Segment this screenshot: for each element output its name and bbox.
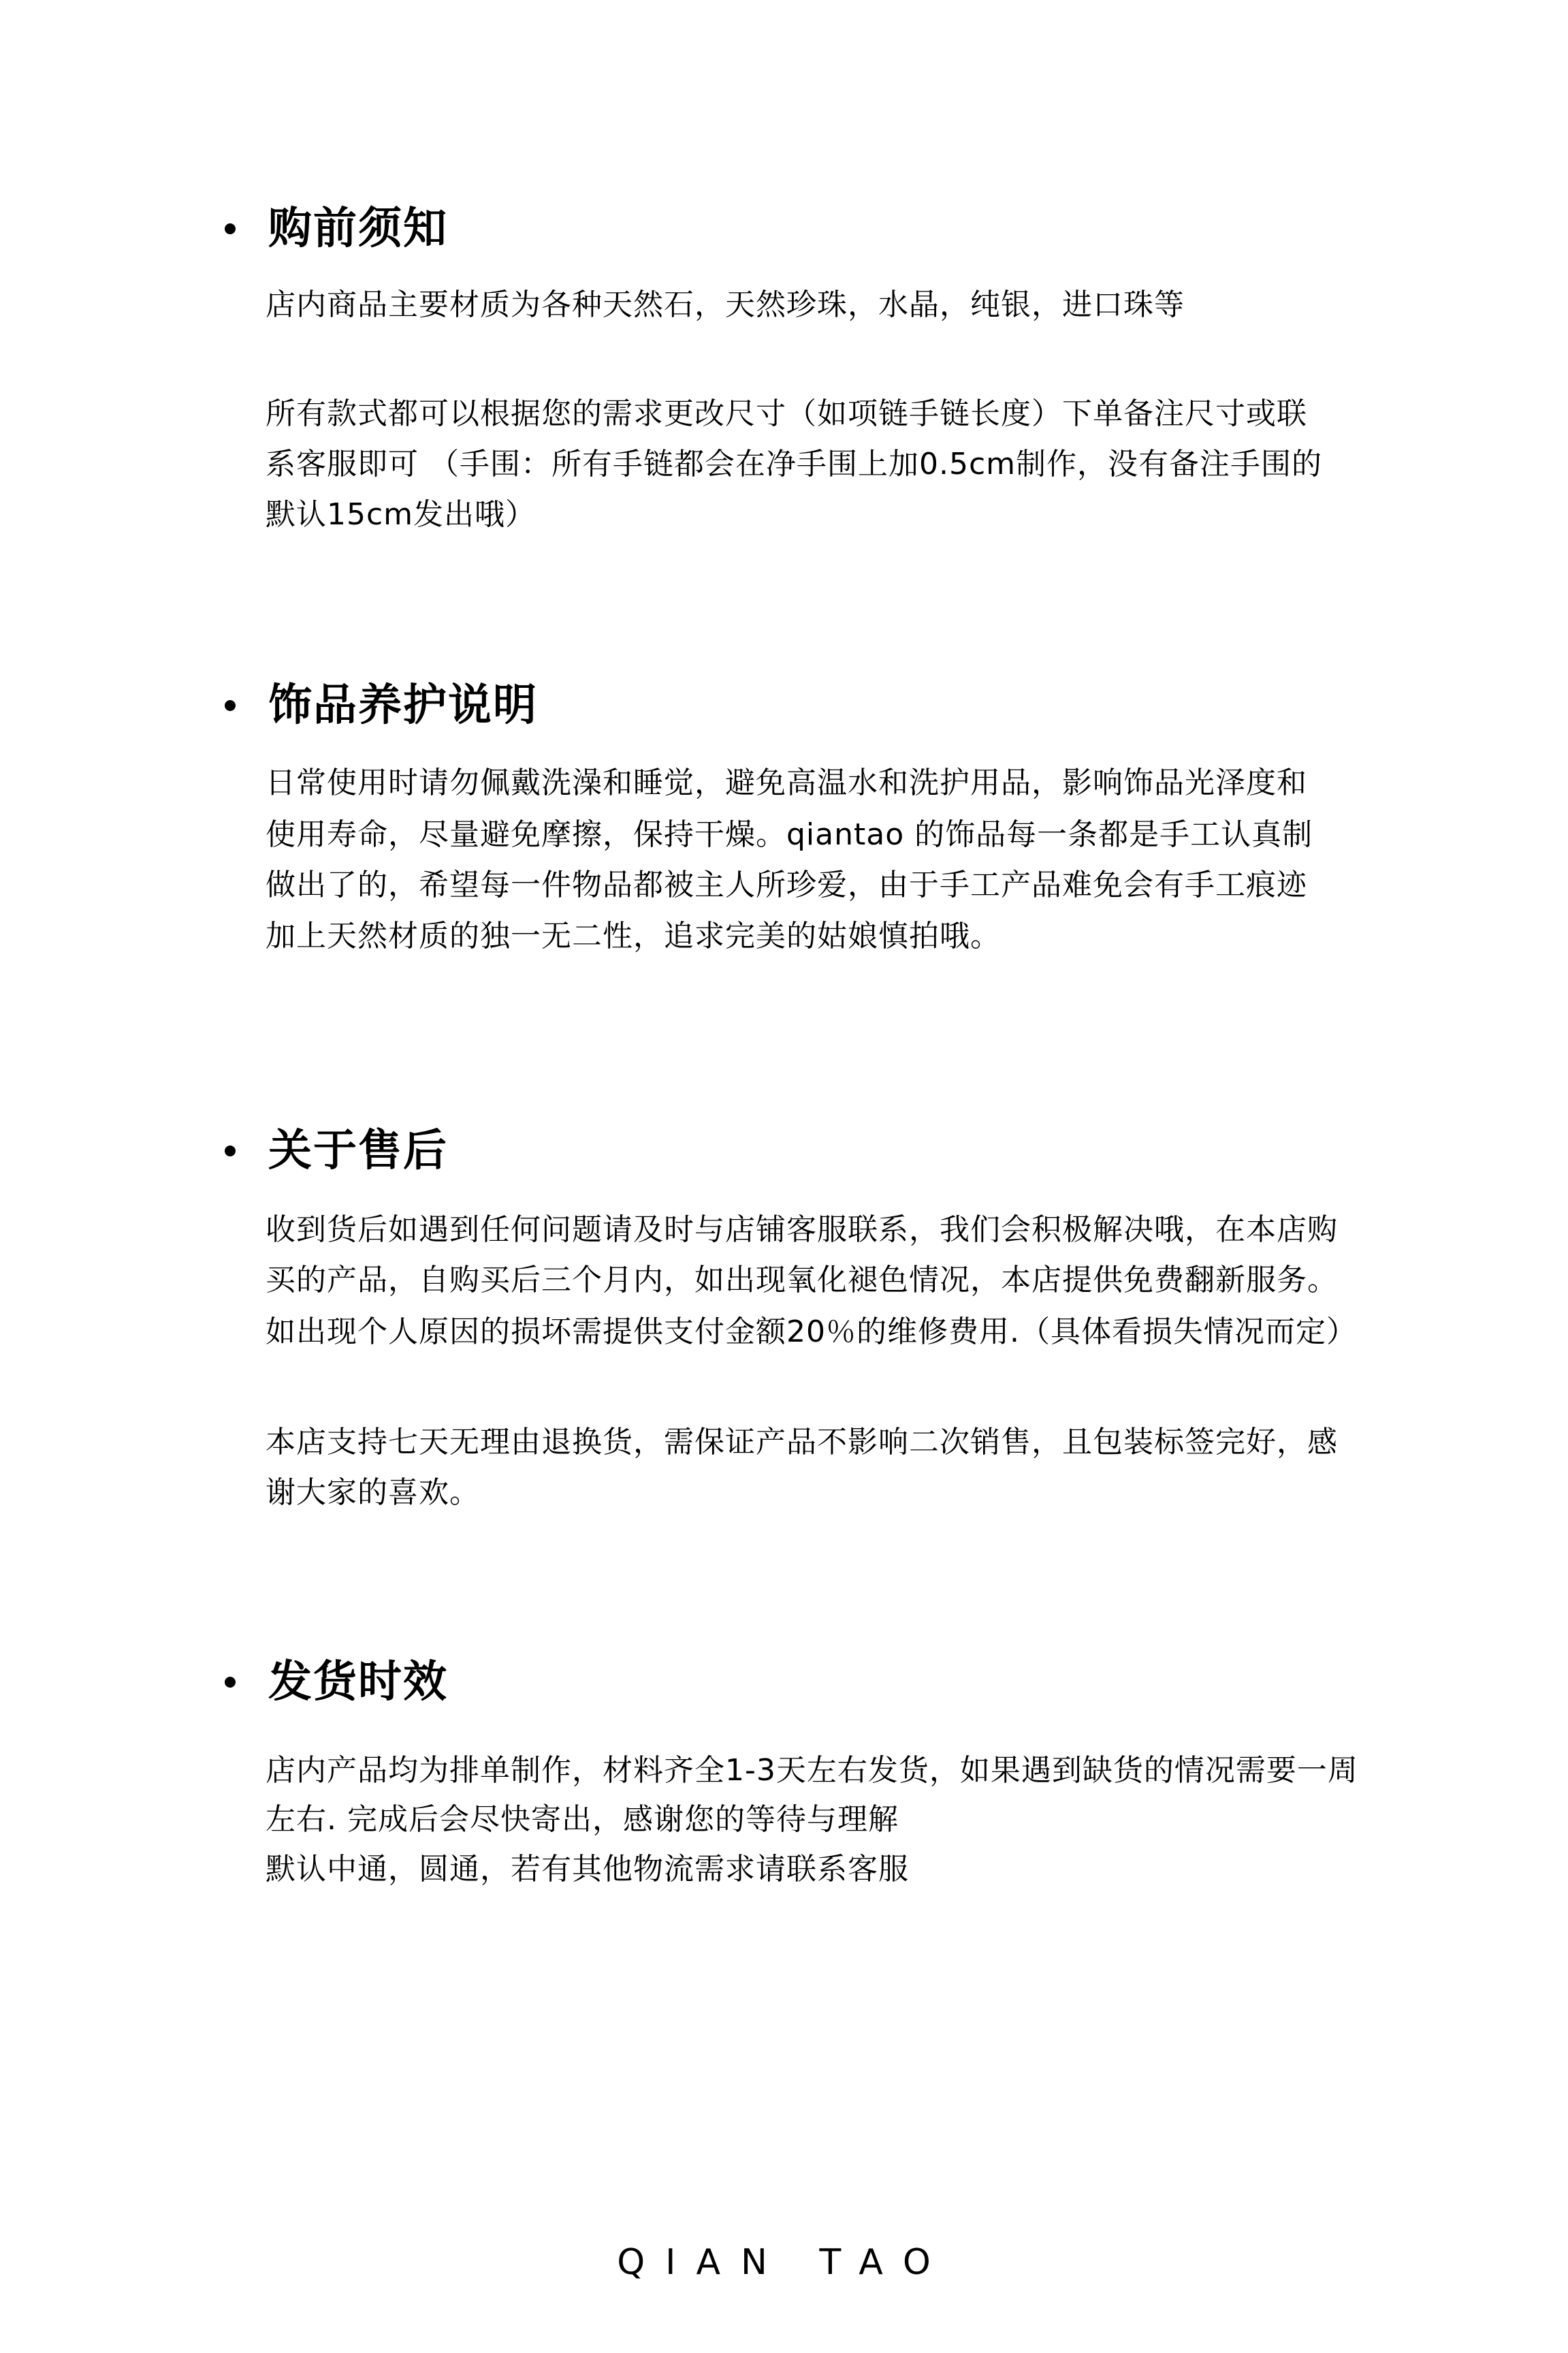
section-title: 发货时效 bbox=[268, 1655, 448, 1709]
section-title: 购前须知 bbox=[268, 202, 448, 256]
brand-wordmark: QIAN TAO bbox=[0, 2241, 1568, 2284]
body-line: 如出现个人原因的损坏需提供支付金额20％的维修费用.（具体看损失情况而定） bbox=[266, 1312, 1357, 1353]
section-title: 饰品养护说明 bbox=[268, 678, 538, 733]
body-line: 做出了的，希望每一件物品都被主人所珍爱，由于手工产品难免会有手工痕迹 bbox=[266, 865, 1307, 906]
body-line: 系客服即可 （手围：所有手链都会在净手围上加0.5cm制作，没有备注手围的 bbox=[266, 444, 1322, 485]
body-line: 店内产品均为排单制作，材料齐全1-3天左右发货，如果遇到缺货的情况需要一周 bbox=[266, 1750, 1358, 1791]
body-line: 默认中通，圆通，若有其他物流需求请联系客服 bbox=[266, 1849, 909, 1890]
body-line: 买的产品，自购买后三个月内，如出现氧化褪色情况，本店提供免费翻新服务。 bbox=[266, 1260, 1338, 1301]
section-heading: 饰品养护说明 bbox=[219, 678, 538, 733]
bullet-icon bbox=[225, 1146, 236, 1156]
body-line: 收到货后如遇到任何问题请及时与店铺客服联系，我们会积极解决哦，在本店购 bbox=[266, 1210, 1338, 1250]
bullet-icon bbox=[225, 223, 236, 234]
section-heading: 发货时效 bbox=[219, 1655, 448, 1709]
body-line: 加上天然材质的独一无二性，追求完美的姑娘慎拍哦。 bbox=[266, 916, 1001, 957]
body-line: 店内商品主要材质为各种天然石，天然珍珠，水晶，纯银，进口珠等 bbox=[266, 285, 1185, 326]
section-heading: 购前须知 bbox=[219, 202, 448, 256]
section-title: 关于售后 bbox=[268, 1124, 448, 1178]
body-line: 使用寿命，尽量避免摩擦，保持干燥。qiantao 的饰品每一条都是手工认真制 bbox=[266, 815, 1313, 855]
bullet-icon bbox=[225, 1677, 236, 1688]
bullet-icon bbox=[225, 700, 236, 711]
body-line: 默认15cm发出哦） bbox=[266, 494, 536, 535]
body-line: 所有款式都可以根据您的需求更改尺寸（如项链手链长度）下单备注尺寸或联 bbox=[266, 394, 1307, 435]
body-line: 谢大家的喜欢。 bbox=[266, 1472, 480, 1513]
section-heading: 关于售后 bbox=[219, 1124, 448, 1178]
body-line: 日常使用时请勿佩戴洗澡和睡觉，避免高温水和洗护用品，影响饰品光泽度和 bbox=[266, 763, 1307, 804]
body-line: 本店支持七天无理由退换货，需保证产品不影响二次销售，且包装标签完好，感 bbox=[266, 1422, 1338, 1463]
body-line: 左右. 完成后会尽快寄出，感谢您的等待与理解 bbox=[266, 1799, 899, 1840]
